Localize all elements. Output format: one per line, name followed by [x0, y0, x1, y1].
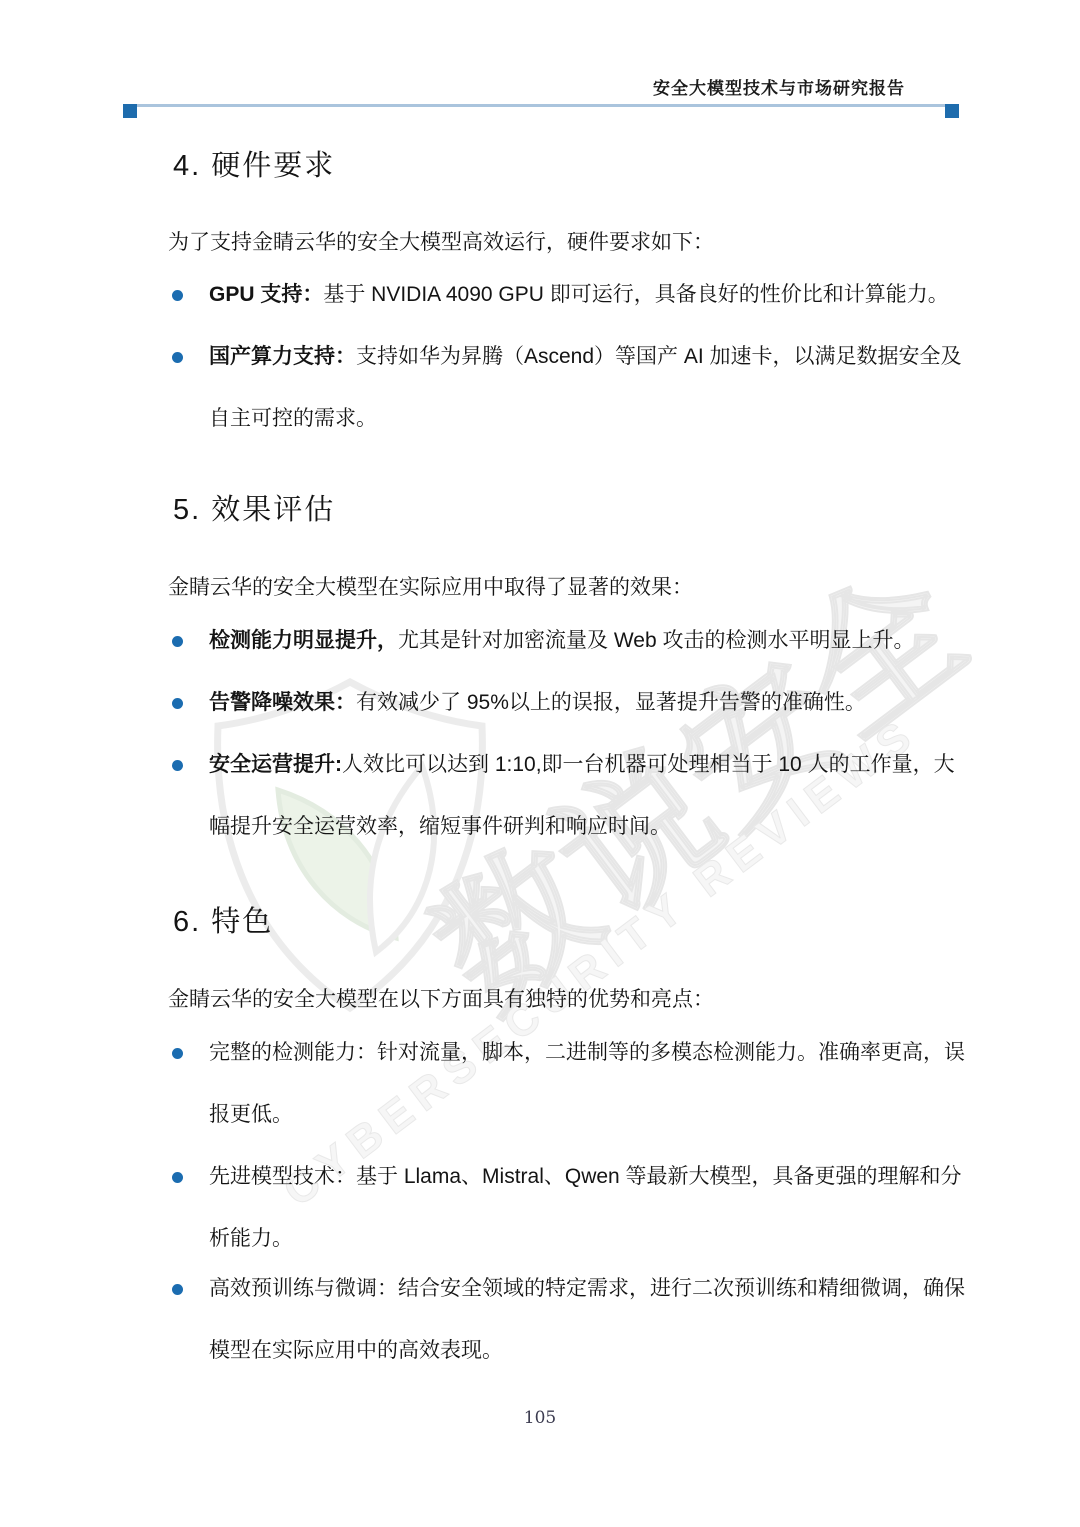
report-page: 数说安全 CYBERSECURITY REVIEWS 安全大模型技术与市场研究报…: [0, 0, 1080, 1527]
bullet-text: 检测能力明显提升，尤其是针对加密流量及 Web 攻击的检测水平明显上升。: [209, 610, 969, 672]
bullet-text: 完整的检测能力：针对流量，脚本，二进制等的多模态检测能力。准确率更高，误报更低。: [209, 1022, 969, 1146]
section-heading-evaluation: 5. 效果评估: [173, 487, 335, 528]
bullet-body: 完整的检测能力：针对流量，脚本，二进制等的多模态检测能力。准确率更高，误报更低。: [209, 1041, 965, 1126]
bullet-gpu-support: GPU 支持：基于 NVIDIA 4090 GPU 即可运行，具备良好的性价比和…: [168, 264, 970, 326]
bullet-body: 高效预训练与微调：结合安全领域的特定需求，进行二次预训练和精细微调，确保模型在实…: [209, 1277, 965, 1362]
bullet-body: 有效减少了 95%以上的误报，显著提升告警的准确性。: [356, 691, 866, 714]
section-heading-hardware: 4. 硬件要求: [173, 143, 335, 184]
bullet-dot-icon: [172, 760, 183, 771]
bullet-lead: GPU 支持：: [209, 283, 323, 306]
bullet-text: 先进模型技术：基于 Llama、Mistral、Qwen 等最新大模型，具备更强…: [209, 1146, 969, 1270]
section-intro-evaluation: 金睛云华的安全大模型在实际应用中取得了显著的效果：: [168, 573, 968, 603]
bullet-complete-detection: 完整的检测能力：针对流量，脚本，二进制等的多模态检测能力。准确率更高，误报更低。: [168, 1022, 970, 1146]
bullet-dot-icon: [172, 1172, 183, 1183]
section-intro-features: 金睛云华的安全大模型在以下方面具有独特的优势和亮点：: [168, 985, 968, 1015]
bullet-text: 安全运营提升:人效比可以达到 1:10,即一台机器可处理相当于 10 人的工作量…: [209, 734, 969, 858]
bullet-lead: 安全运营提升:: [209, 753, 342, 776]
bullet-text: 告警降噪效果：有效减少了 95%以上的误报，显著提升告警的准确性。: [209, 672, 969, 734]
bullet-text: GPU 支持：基于 NVIDIA 4090 GPU 即可运行，具备良好的性价比和…: [209, 264, 969, 326]
bullet-body: 基于 NVIDIA 4090 GPU 即可运行，具备良好的性价比和计算能力。: [323, 283, 948, 306]
bullet-dot-icon: [172, 698, 183, 709]
section-intro-hardware: 为了支持金睛云华的安全大模型高效运行，硬件要求如下：: [168, 228, 968, 258]
bullet-body: 尤其是针对加密流量及 Web 攻击的检测水平明显上升。: [398, 629, 914, 652]
bullet-alert-noise-reduction: 告警降噪效果：有效减少了 95%以上的误报，显著提升告警的准确性。: [168, 672, 970, 734]
bullet-dot-icon: [172, 636, 183, 647]
bullet-dot-icon: [172, 1048, 183, 1059]
bullet-body: 先进模型技术：基于 Llama、Mistral、Qwen 等最新大模型，具备更强…: [209, 1165, 962, 1250]
bullet-domestic-compute: 国产算力支持：支持如华为昇腾（Ascend）等国产 AI 加速卡，以满足数据安全…: [168, 326, 970, 450]
bullet-dot-icon: [172, 290, 183, 301]
bullet-dot-icon: [172, 352, 183, 363]
bullet-lead: 国产算力支持：: [209, 345, 356, 368]
bullet-detection-improvement: 检测能力明显提升，尤其是针对加密流量及 Web 攻击的检测水平明显上升。: [168, 610, 970, 672]
bullet-advanced-models: 先进模型技术：基于 Llama、Mistral、Qwen 等最新大模型，具备更强…: [168, 1146, 970, 1270]
bullet-text: 高效预训练与微调：结合安全领域的特定需求，进行二次预训练和精细微调，确保模型在实…: [209, 1258, 969, 1382]
bullet-dot-icon: [172, 1284, 183, 1295]
bullet-lead: 检测能力明显提升，: [209, 629, 398, 652]
page-content: 4. 硬件要求 为了支持金睛云华的安全大模型高效运行，硬件要求如下： GPU 支…: [0, 0, 1080, 1527]
section-heading-features: 6. 特色: [173, 899, 273, 940]
bullet-pretrain-finetune: 高效预训练与微调：结合安全领域的特定需求，进行二次预训练和精细微调，确保模型在实…: [168, 1258, 970, 1382]
bullet-text: 国产算力支持：支持如华为昇腾（Ascend）等国产 AI 加速卡，以满足数据安全…: [209, 326, 969, 450]
bullet-lead: 告警降噪效果：: [209, 691, 356, 714]
bullet-security-operations: 安全运营提升:人效比可以达到 1:10,即一台机器可处理相当于 10 人的工作量…: [168, 734, 970, 858]
page-number: 105: [0, 1408, 1080, 1428]
